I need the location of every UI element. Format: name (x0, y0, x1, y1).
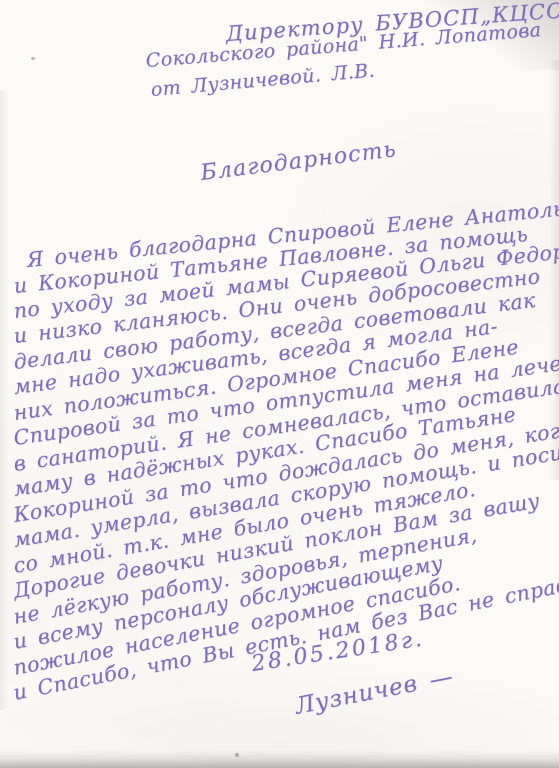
scan-speck (235, 753, 239, 757)
scan-shadow-right-edge (549, 60, 559, 480)
scan-speck (31, 57, 35, 60)
letter-title: Благодарность (199, 137, 398, 186)
scan-shadow-left-edge (0, 90, 9, 710)
scan-shadow-bottom-edge (0, 750, 559, 768)
scanned-letter-page: Директору БУВОСП„КЦСОН Сокольского район… (0, 0, 559, 768)
signature: Лузничев — (293, 664, 456, 720)
